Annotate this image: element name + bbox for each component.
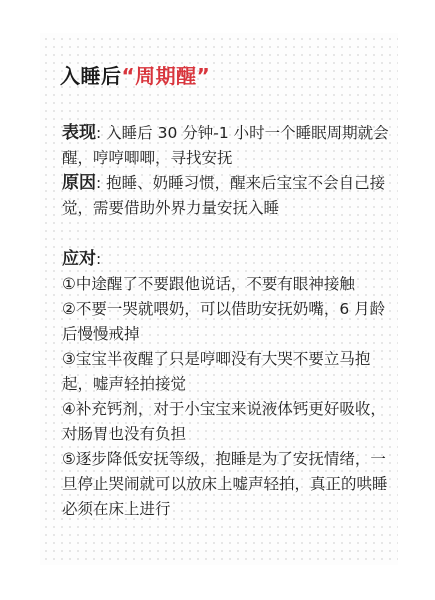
list-item: ①中途醒了不要跟他说话，不要有眼神接触 xyxy=(62,272,392,297)
cause-paragraph: 原因: 抱睡、奶睡习惯，醒来后宝宝不会自己接觉，需要借助外界力量安抚入睡 xyxy=(62,171,392,221)
title-prefix: 入睡后 xyxy=(60,64,122,88)
response-heading: 应对: xyxy=(62,247,392,272)
content-card: 入睡后“周期醒” 表现: 入睡后 30 分钟-1 小时一个睡眠周期就会醒，哼哼唧… xyxy=(40,33,398,565)
spacer xyxy=(62,221,392,247)
cause-text: : 抱睡、奶睡习惯，醒来后宝宝不会自己接觉，需要借助外界力量安抚入睡 xyxy=(62,174,385,217)
performance-label: 表现 xyxy=(62,123,96,143)
list-item: ③宝宝半夜醒了只是哼唧没有大哭不要立马抱起，嘘声轻拍接觉 xyxy=(62,347,392,397)
list-item: ②不要一哭就喂奶，可以借助安抚奶嘴，6 月龄后慢慢戒掉 xyxy=(62,297,392,347)
title-highlight: “周期醒” xyxy=(122,64,211,88)
list-item: ⑤逐步降低安抚等级，抱睡是为了安抚情绪，一旦停止哭闹就可以放床上嘘声轻拍，真正的… xyxy=(62,447,392,522)
performance-text: : 入睡后 30 分钟-1 小时一个睡眠周期就会醒，哼哼唧唧，寻找安抚 xyxy=(62,124,389,167)
response-label: 应对 xyxy=(62,249,96,269)
performance-paragraph: 表现: 入睡后 30 分钟-1 小时一个睡眠周期就会醒，哼哼唧唧，寻找安抚 xyxy=(62,121,392,171)
list-item: ④补充钙剂，对于小宝宝来说液体钙更好吸收，对肠胃也没有负担 xyxy=(62,397,392,447)
response-colon: : xyxy=(96,250,101,268)
cause-label: 原因 xyxy=(62,173,96,193)
article-body: 表现: 入睡后 30 分钟-1 小时一个睡眠周期就会醒，哼哼唧唧，寻找安抚 原因… xyxy=(62,121,392,522)
page-title: 入睡后“周期醒” xyxy=(60,60,210,89)
